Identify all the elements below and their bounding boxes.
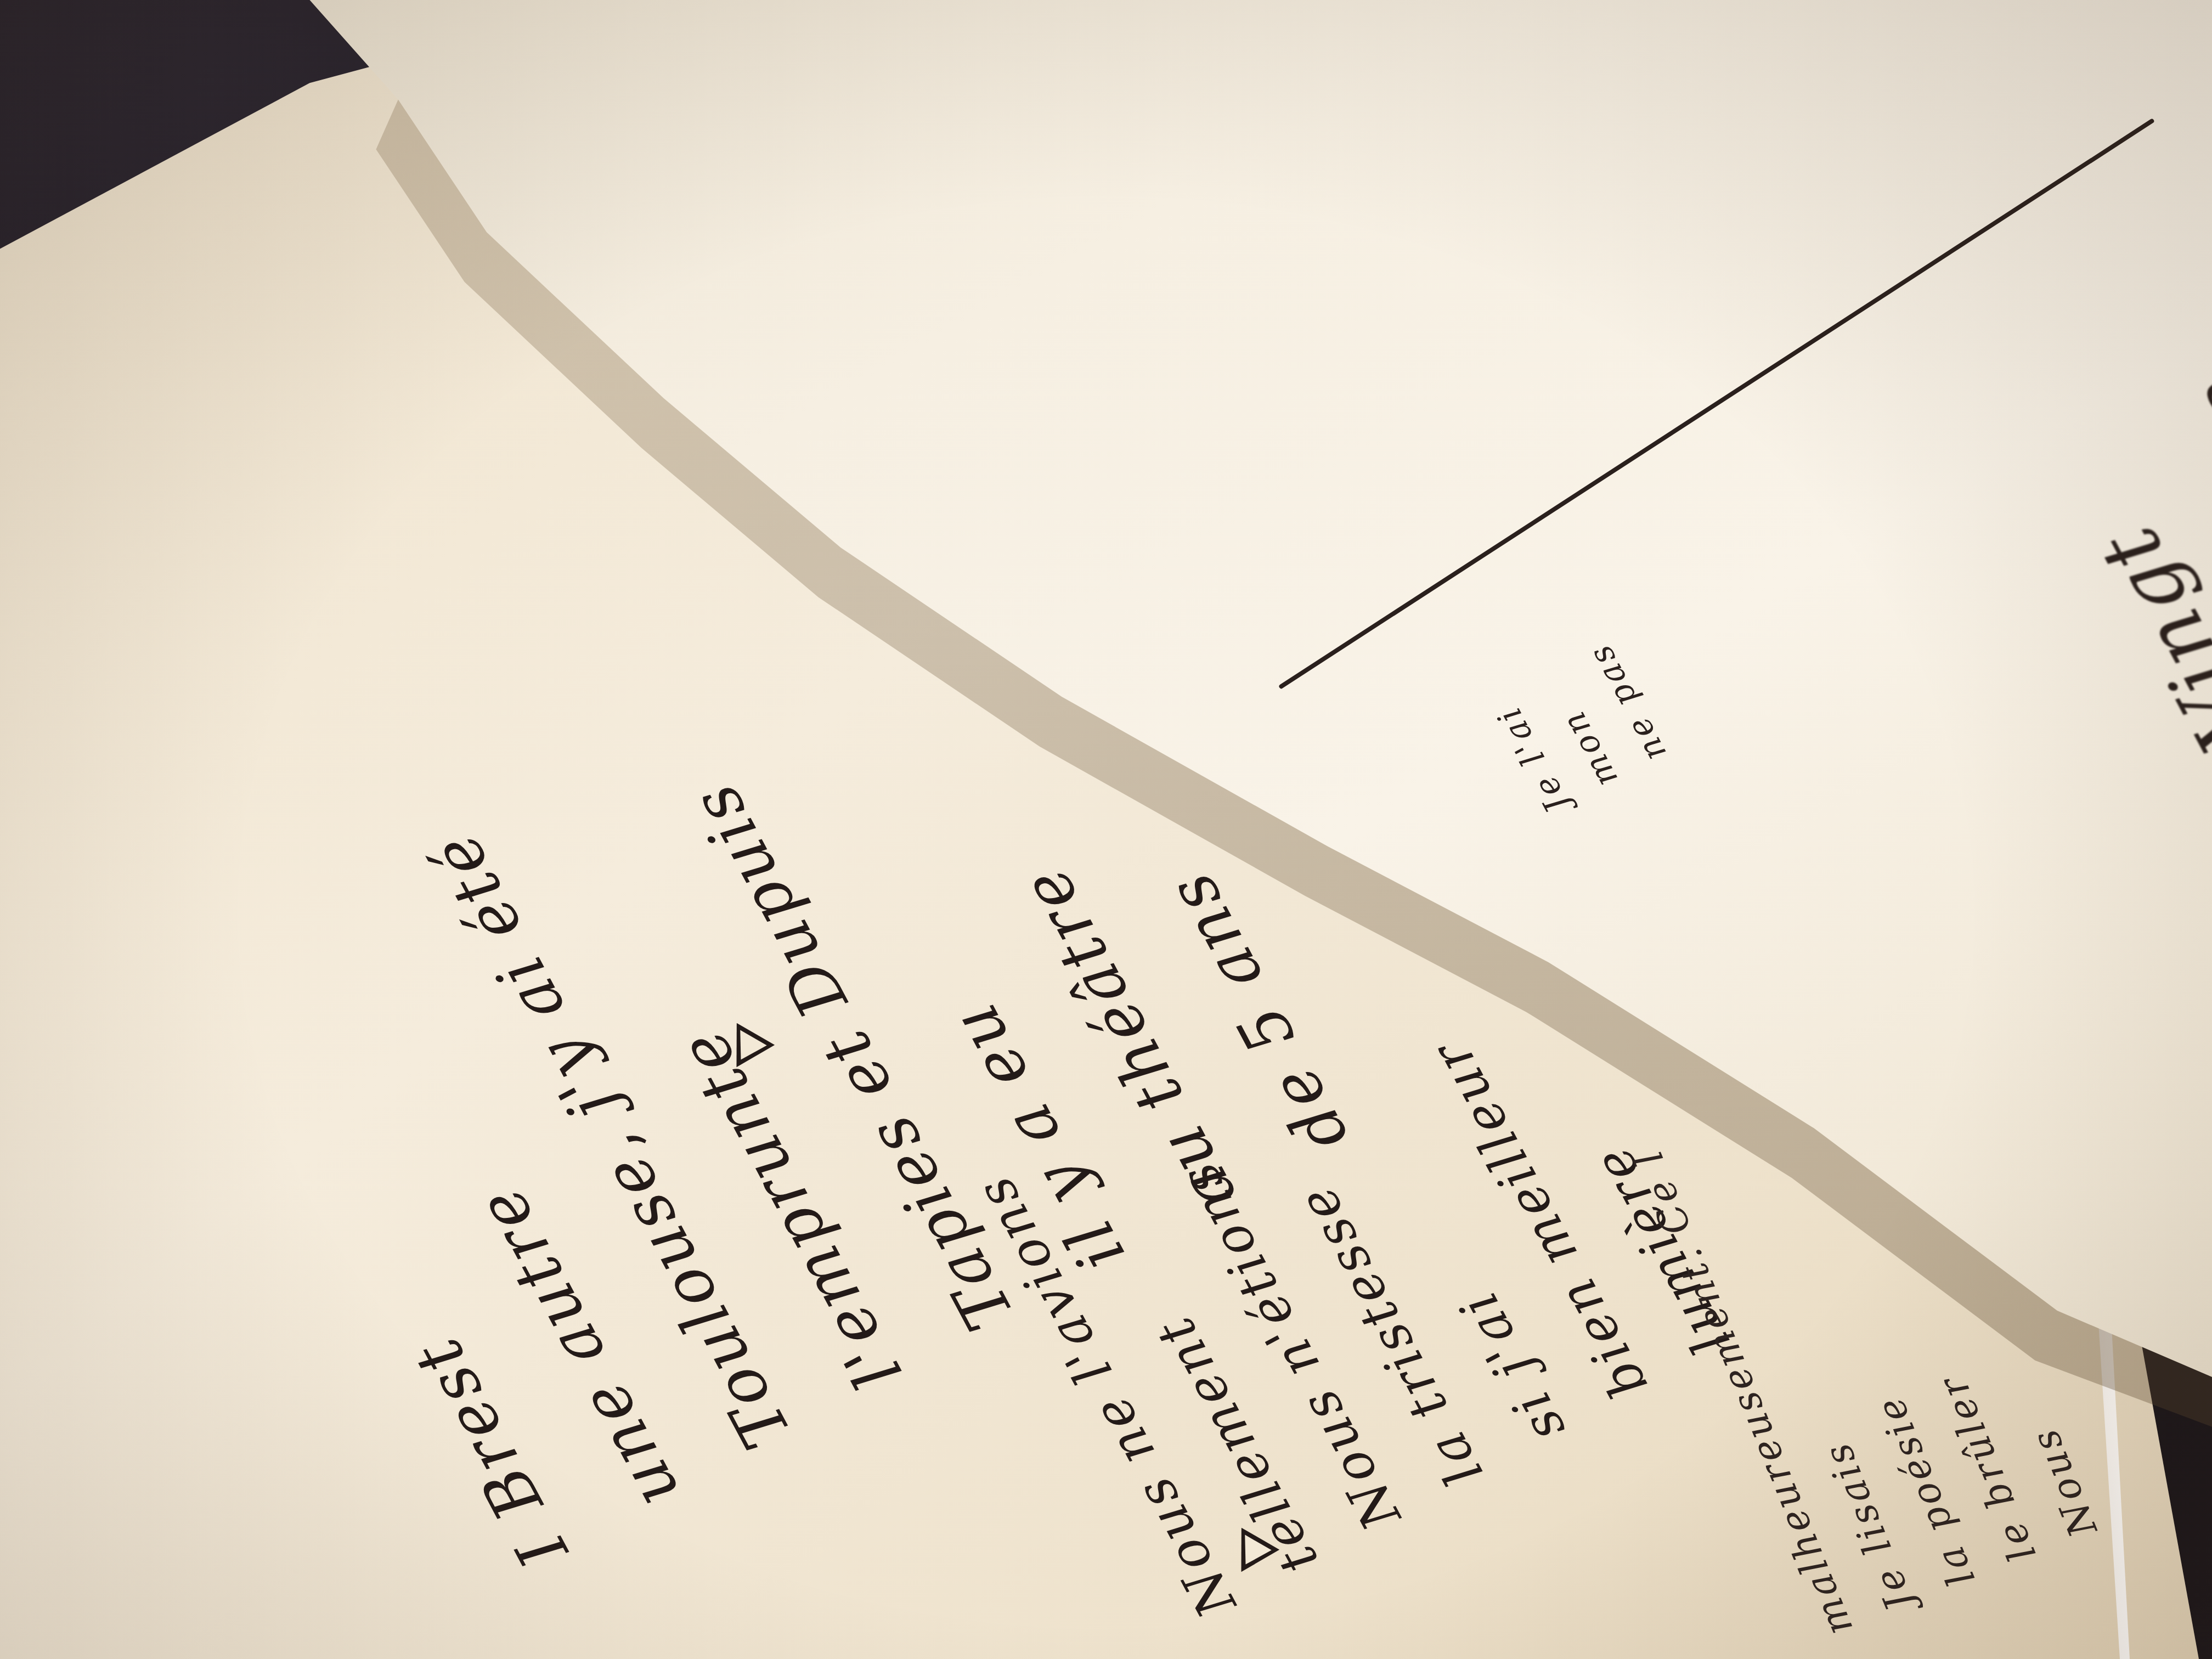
- photo-scene: I Brest une autre Toulouse, j'y ai été l…: [0, 0, 2212, 1659]
